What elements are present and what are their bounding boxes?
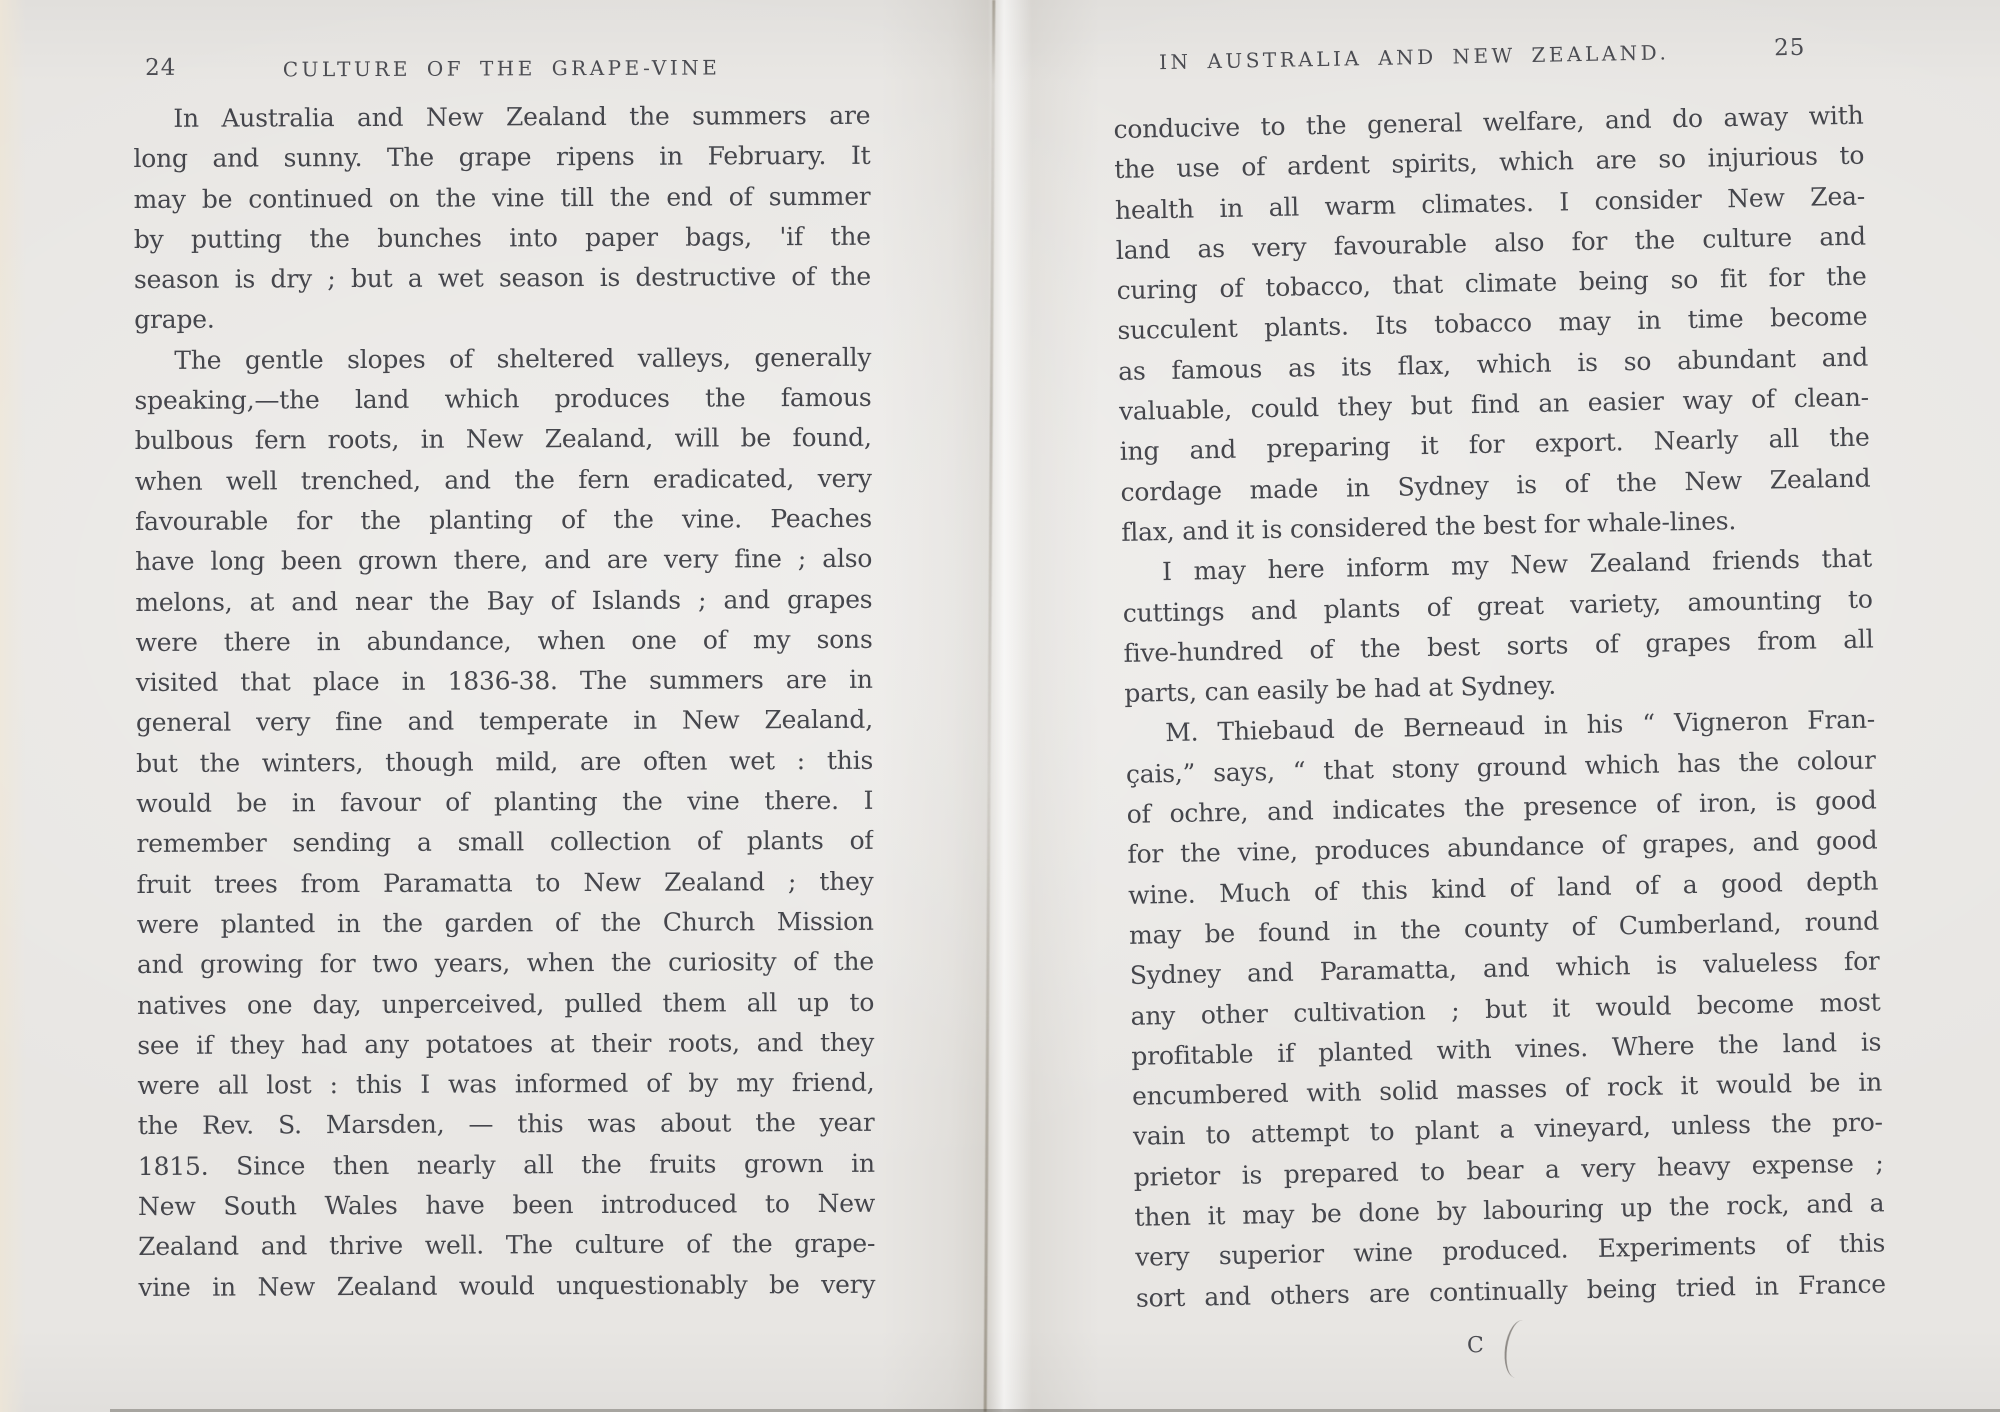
- text-line: fruit trees from Paramatta to New Zealan…: [137, 861, 874, 905]
- text-line: favourable for the planting of the vine.…: [135, 499, 872, 543]
- right-page-header: IN AUSTRALIA AND NEW ZEALAND. 25: [1112, 34, 1863, 82]
- text-line: were there in abundance, when one of my …: [135, 620, 872, 664]
- text-line: In Australia and New Zealand the summers…: [133, 96, 870, 140]
- text-line: natives one day, unperceived, pulled the…: [137, 982, 874, 1026]
- text-line: New South Wales have been introduced to …: [138, 1184, 875, 1228]
- text-line: when well trenched, and the fern eradica…: [135, 458, 872, 502]
- signature-mark: C: [1467, 1333, 1484, 1358]
- left-page: 24 CULTURE OF THE GRAPE-VINE In Australi…: [133, 52, 870, 89]
- text-line: melons, at and near the Bay of Islands ;…: [135, 579, 872, 623]
- text-line: were all lost : this I was informed of b…: [137, 1063, 874, 1107]
- text-line: remember sending a small collection of p…: [136, 821, 873, 865]
- text-line: by putting the bunches into paper bags, …: [134, 217, 871, 261]
- left-page-header: 24 CULTURE OF THE GRAPE-VINE: [133, 52, 870, 89]
- left-page-body: In Australia and New Zealand the summers…: [133, 96, 875, 1308]
- text-line: Zealand and thrive well. The culture of …: [138, 1224, 875, 1268]
- text-line: were planted in the garden of the Church…: [137, 902, 874, 946]
- page-number: 24: [145, 55, 176, 81]
- text-line: speaking,—the land which produces the fa…: [134, 378, 871, 422]
- paper-crease-mark: [1501, 1318, 1537, 1379]
- page-number: 25: [1774, 35, 1806, 62]
- running-head: CULTURE OF THE GRAPE-VINE: [283, 55, 721, 81]
- text-line: would be in favour of planting the vine …: [136, 781, 873, 825]
- gutter-crease: [984, 0, 996, 1412]
- text-line: season is dry ; but a wet season is dest…: [134, 257, 871, 301]
- book-scan: 24 CULTURE OF THE GRAPE-VINE In Australi…: [0, 0, 2000, 1412]
- running-head: IN AUSTRALIA AND NEW ZEALAND.: [1159, 40, 1670, 74]
- text-line: 1815. Since then nearly all the fruits g…: [138, 1143, 875, 1187]
- text-line: and growing for two years, when the curi…: [137, 942, 874, 986]
- text-line: the Rev. S. Marsden, — this was about th…: [138, 1103, 875, 1147]
- text-line: have long been grown there, and are very…: [135, 539, 872, 583]
- text-line: may be continued on the vine till the en…: [134, 176, 871, 220]
- text-line: vine in New Zealand would unquestionably…: [138, 1264, 875, 1308]
- text-line: The gentle slopes of sheltered valleys, …: [134, 338, 871, 382]
- text-line: bulbous fern roots, in New Zealand, will…: [135, 418, 872, 462]
- text-line: long and sunny. The grape ripens in Febr…: [133, 136, 870, 180]
- text-line: but the winters, though mild, are often …: [136, 741, 873, 785]
- text-line: see if they had any potatoes at their ro…: [137, 1023, 874, 1067]
- text-line: general very fine and temperate in New Z…: [136, 700, 873, 744]
- text-line: grape.: [134, 297, 871, 341]
- right-page: IN AUSTRALIA AND NEW ZEALAND. 25 conduci…: [1112, 34, 1863, 82]
- text-line: visited that place in 1836-38. The summe…: [136, 660, 873, 704]
- right-page-body: conducive to the general welfare, and do…: [1113, 96, 1886, 1319]
